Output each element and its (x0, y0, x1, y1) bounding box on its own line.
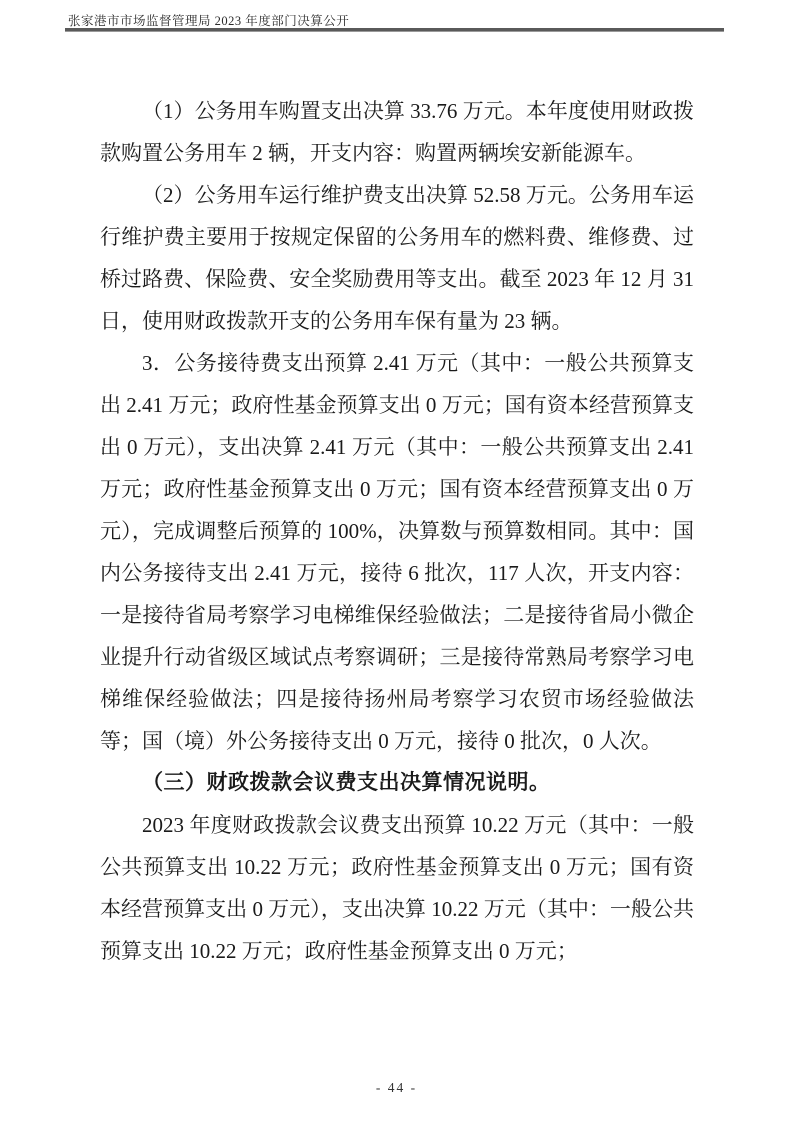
page-header-title: 张家港市市场监督管理局 2023 年度部门决算公开 (68, 11, 349, 29)
header-rule (65, 28, 724, 32)
paragraph-vehicle-maintenance: （2）公务用车运行维护费支出决算 52.58 万元。公务用车运行维护费主要用于按… (100, 174, 694, 342)
paragraph-official-reception: 3．公务接待费支出预算 2.41 万元（其中：一般公共预算支出 2.41 万元；… (100, 342, 694, 762)
page-footer: - 44 - (0, 1080, 793, 1096)
document-body: （1）公务用车购置支出决算 33.76 万元。本年度使用财政拨款购置公务用车 2… (100, 90, 694, 972)
section-heading-meeting-fee: （三）财政拨款会议费支出决算情况说明。 (100, 762, 694, 804)
page-number: - 44 - (376, 1080, 417, 1095)
paragraph-vehicle-purchase: （1）公务用车购置支出决算 33.76 万元。本年度使用财政拨款购置公务用车 2… (100, 90, 694, 174)
paragraph-meeting-fee: 2023 年度财政拨款会议费支出预算 10.22 万元（其中：一般公共预算支出 … (100, 804, 694, 972)
document-page: 张家港市市场监督管理局 2023 年度部门决算公开 （1）公务用车购置支出决算 … (0, 0, 793, 1122)
